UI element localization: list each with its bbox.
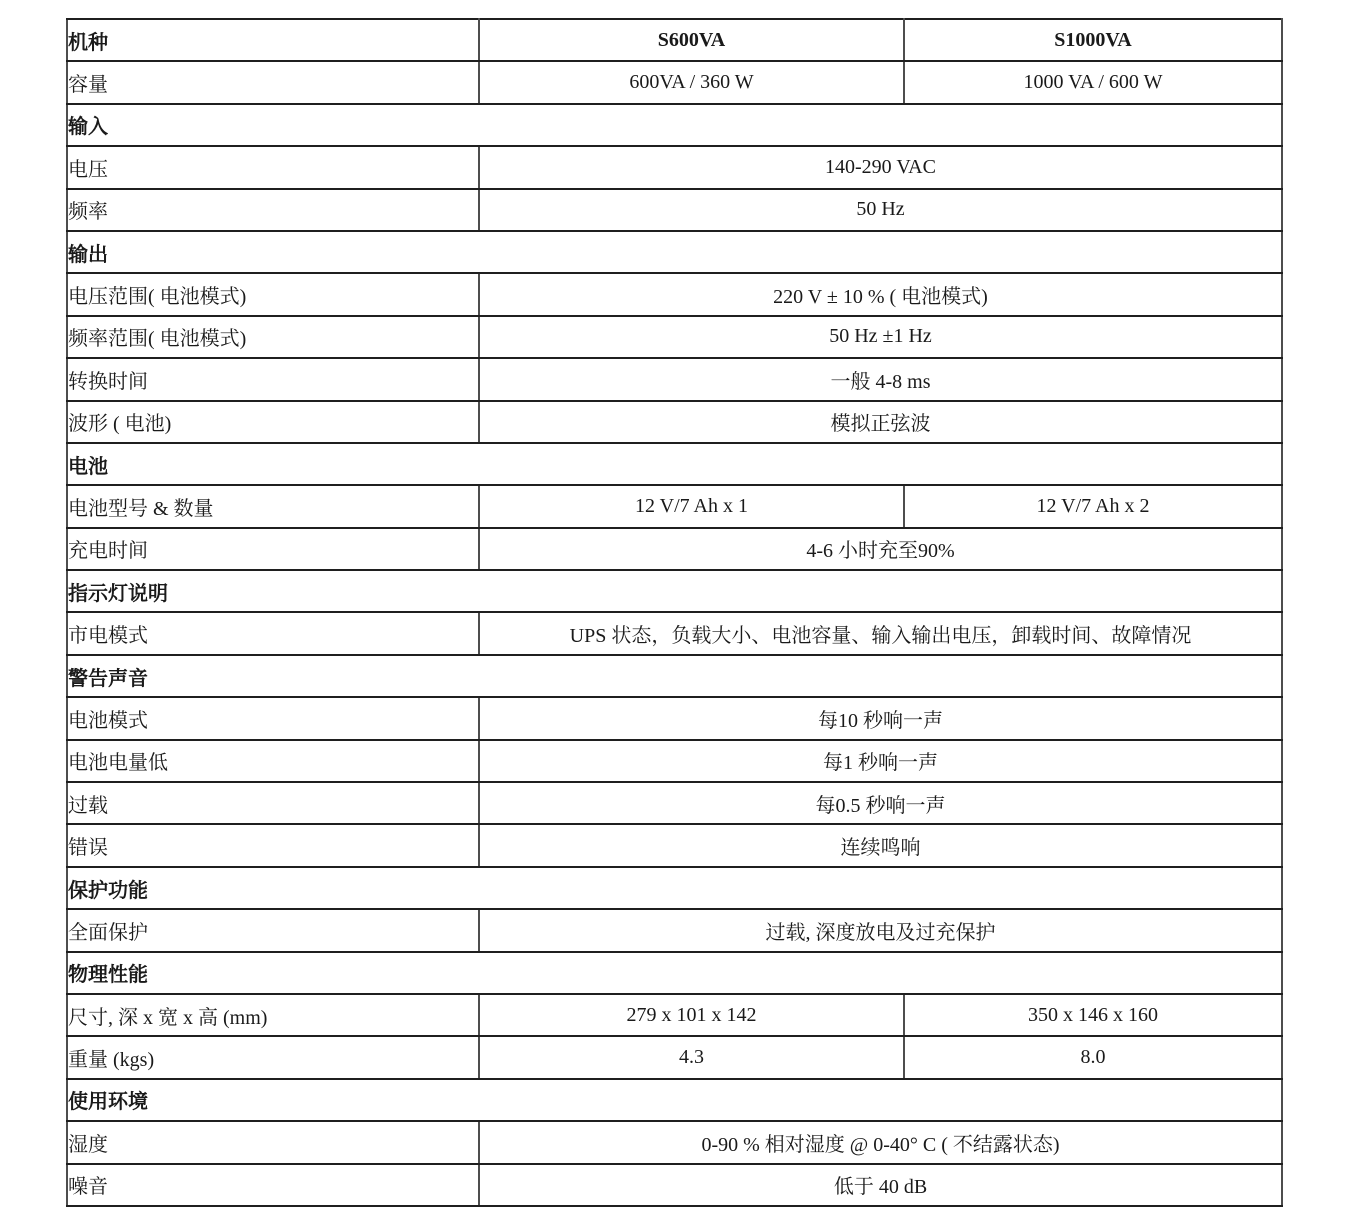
row-label: 湿度 (67, 1121, 479, 1163)
row-label: 转换时间 (67, 358, 479, 400)
row-value: UPS 状态，负载大小、电池容量、输入输出电压，卸载时间、故障情况 (479, 612, 1282, 654)
section-row: 使用环境 (67, 1079, 1282, 1121)
table-row: 容量600VA / 360 W1000 VA / 600 W (67, 61, 1282, 103)
table-row: 电池电量低每1 秒响一声 (67, 740, 1282, 782)
table-row: 电压140-290 VAC (67, 146, 1282, 188)
column-header: S600VA (479, 19, 904, 61)
section-title: 指示灯说明 (67, 570, 1282, 612)
spec-table-body: 机种S600VAS1000VA容量600VA / 360 W1000 VA / … (67, 19, 1282, 1206)
column-header: S1000VA (904, 19, 1282, 61)
row-value: 220 V ± 10 % ( 电池模式) (479, 273, 1282, 315)
row-label: 电池型号 & 数量 (67, 485, 479, 527)
table-row: 电池模式每10 秒响一声 (67, 697, 1282, 739)
row-label: 波形 ( 电池) (67, 401, 479, 443)
row-value: 12 V/7 Ah x 1 (479, 485, 904, 527)
row-label: 频率范围( 电池模式) (67, 316, 479, 358)
row-value: 350 x 146 x 160 (904, 994, 1282, 1036)
section-row: 指示灯说明 (67, 570, 1282, 612)
row-label: 电池电量低 (67, 740, 479, 782)
row-value: 1000 VA / 600 W (904, 61, 1282, 103)
section-row: 警告声音 (67, 655, 1282, 697)
row-value: 4-6 小时充至90% (479, 528, 1282, 570)
row-label: 电压范围( 电池模式) (67, 273, 479, 315)
row-label: 重量 (kgs) (67, 1036, 479, 1078)
section-title: 电池 (67, 443, 1282, 485)
table-row: 错误连续鸣响 (67, 824, 1282, 866)
row-value: 一般 4-8 ms (479, 358, 1282, 400)
table-row: 电池型号 & 数量12 V/7 Ah x 112 V/7 Ah x 2 (67, 485, 1282, 527)
section-title: 物理性能 (67, 952, 1282, 994)
row-label: 过载 (67, 782, 479, 824)
row-value: 低于 40 dB (479, 1164, 1282, 1206)
table-row: 电压范围( 电池模式)220 V ± 10 % ( 电池模式) (67, 273, 1282, 315)
row-value: 140-290 VAC (479, 146, 1282, 188)
table-row: 市电模式UPS 状态，负载大小、电池容量、输入输出电压，卸载时间、故障情况 (67, 612, 1282, 654)
row-value: 过载, 深度放电及过充保护 (479, 909, 1282, 951)
row-label: 充电时间 (67, 528, 479, 570)
section-title: 警告声音 (67, 655, 1282, 697)
section-title: 保护功能 (67, 867, 1282, 909)
row-label: 尺寸, 深 x 宽 x 高 (mm) (67, 994, 479, 1036)
row-label: 全面保护 (67, 909, 479, 951)
row-value: 连续鸣响 (479, 824, 1282, 866)
section-title: 输出 (67, 231, 1282, 273)
row-value: 模拟正弦波 (479, 401, 1282, 443)
section-row: 输出 (67, 231, 1282, 273)
row-value: 600VA / 360 W (479, 61, 904, 103)
row-label: 错误 (67, 824, 479, 866)
row-value: 50 Hz (479, 189, 1282, 231)
row-label: 电压 (67, 146, 479, 188)
row-label: 噪音 (67, 1164, 479, 1206)
row-value: 每10 秒响一声 (479, 697, 1282, 739)
row-value: 8.0 (904, 1036, 1282, 1078)
row-label: 频率 (67, 189, 479, 231)
ups-spec-table: 机种S600VAS1000VA容量600VA / 360 W1000 VA / … (66, 18, 1283, 1207)
table-row: 重量 (kgs)4.38.0 (67, 1036, 1282, 1078)
row-value: 12 V/7 Ah x 2 (904, 485, 1282, 527)
row-label: 容量 (67, 61, 479, 103)
table-row: 转换时间一般 4-8 ms (67, 358, 1282, 400)
table-row: 机种S600VAS1000VA (67, 19, 1282, 61)
row-label: 市电模式 (67, 612, 479, 654)
row-value: 每0.5 秒响一声 (479, 782, 1282, 824)
table-row: 充电时间4-6 小时充至90% (67, 528, 1282, 570)
row-value: 每1 秒响一声 (479, 740, 1282, 782)
table-row: 尺寸, 深 x 宽 x 高 (mm)279 x 101 x 142350 x 1… (67, 994, 1282, 1036)
table-row: 频率范围( 电池模式)50 Hz ±1 Hz (67, 316, 1282, 358)
row-value: 279 x 101 x 142 (479, 994, 904, 1036)
row-value: 4.3 (479, 1036, 904, 1078)
section-row: 电池 (67, 443, 1282, 485)
row-label: 电池模式 (67, 697, 479, 739)
table-row: 频率50 Hz (67, 189, 1282, 231)
row-value: 50 Hz ±1 Hz (479, 316, 1282, 358)
section-row: 输入 (67, 104, 1282, 146)
section-row: 物理性能 (67, 952, 1282, 994)
corner-header: 机种 (67, 19, 479, 61)
table-row: 全面保护过载, 深度放电及过充保护 (67, 909, 1282, 951)
table-row: 波形 ( 电池)模拟正弦波 (67, 401, 1282, 443)
section-row: 保护功能 (67, 867, 1282, 909)
table-row: 过载每0.5 秒响一声 (67, 782, 1282, 824)
table-row: 噪音低于 40 dB (67, 1164, 1282, 1206)
table-row: 湿度0-90 % 相对湿度 @ 0-40° C ( 不结露状态) (67, 1121, 1282, 1163)
row-value: 0-90 % 相对湿度 @ 0-40° C ( 不结露状态) (479, 1121, 1282, 1163)
section-title: 使用环境 (67, 1079, 1282, 1121)
section-title: 输入 (67, 104, 1282, 146)
